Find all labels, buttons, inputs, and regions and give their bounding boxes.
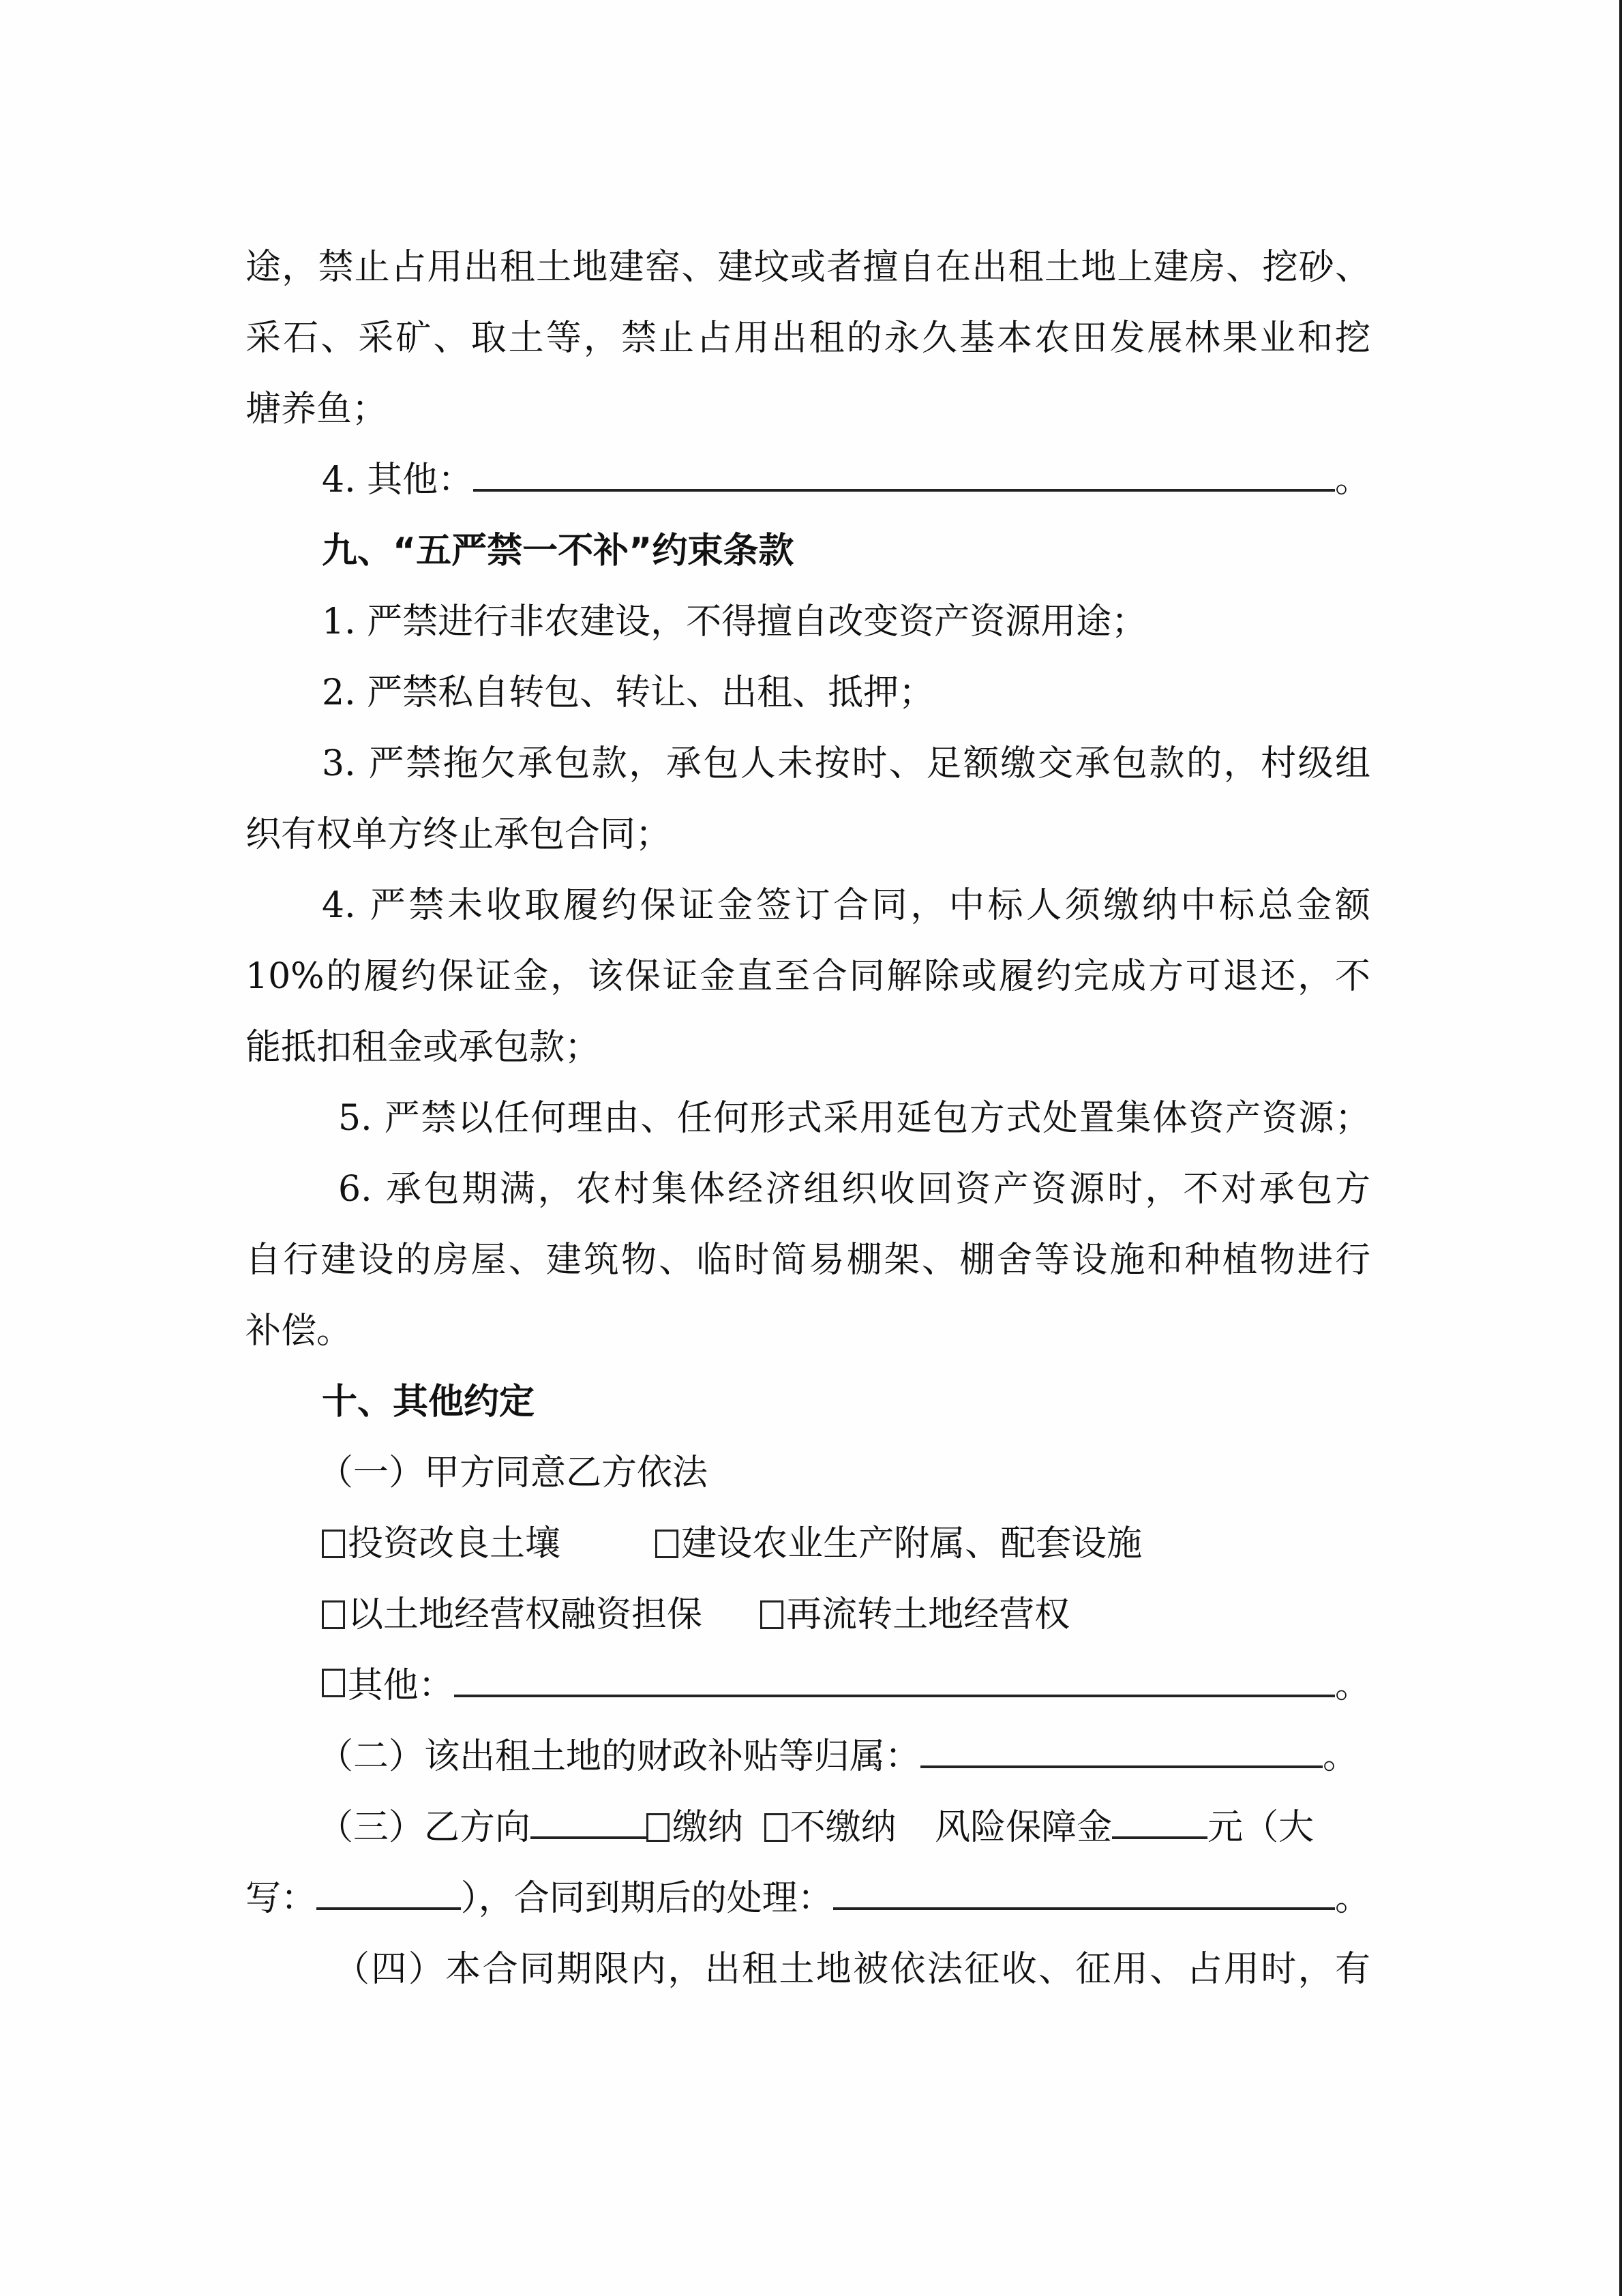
option-label: 投资改良土壤 <box>348 1523 560 1564</box>
clause-2: （二）该出租土地的财政补贴等归属： 。 <box>245 1721 1370 1792</box>
section-9-item-2: 2. 严禁私自转包、转让、出租、抵押； <box>245 657 1370 728</box>
item-4-blank-field[interactable] <box>473 462 1335 492</box>
section-9-item-6-cont: 自行建设的房屋、建筑物、临时简易棚架、棚舍等设施和种植物进行 <box>245 1225 1370 1296</box>
clause-3-line-2: 写： ），合同到期后的处理： 。 <box>245 1863 1370 1934</box>
option-label: 其他： <box>348 1650 454 1721</box>
capital-amount-blank[interactable] <box>316 1880 461 1910</box>
clause-1-options-row-1: 投资改良土壤 建设农业生产附属、配套设施 <box>245 1508 1370 1579</box>
section-9-item-1: 1. 严禁进行非农建设，不得擅自改变资产资源用途； <box>245 586 1370 657</box>
option-label: 再流转土地经营权 <box>786 1594 1070 1635</box>
clause-3-prefix: （三）乙方向 <box>318 1807 530 1848</box>
paragraph-line: 采石、采矿、取土等，禁止占用出租的永久基本农田发展林果业和挖 <box>245 303 1370 374</box>
clause-3-payee-blank[interactable] <box>530 1809 646 1839</box>
section-9-title: 九、“五严禁一不补”约束条款 <box>245 516 1370 586</box>
checkbox-build-facilities[interactable] <box>655 1530 678 1558</box>
checkbox-improve-soil[interactable] <box>322 1530 345 1558</box>
clause-1-other-row: 其他： 。 <box>245 1650 1370 1721</box>
clause-1-options-row-2: 以土地经营权融资担保 再流转土地经营权 <box>245 1579 1370 1650</box>
clause-2-blank-field[interactable] <box>920 1738 1323 1768</box>
period: 。 <box>1335 1650 1370 1721</box>
clause-4: （四）本合同期限内，出租土地被依法征收、征用、占用时，有 <box>245 1934 1370 2005</box>
paragraph-line: 塘养鱼； <box>245 374 1370 445</box>
section-9-item-3: 3. 严禁拖欠承包款，承包人未按时、足额缴交承包款的，村级组 <box>245 728 1370 799</box>
clause-1-label: （一）甲方同意乙方依法 <box>245 1437 1370 1508</box>
option-pay-label: 缴纳 <box>672 1807 743 1848</box>
expiry-handling-blank[interactable] <box>833 1880 1335 1910</box>
expiry-handling-label: ），合同到期后的处理： <box>461 1863 833 1934</box>
option-no-pay-label: 不缴纳 <box>790 1807 897 1848</box>
clause-3-line-1: （三）乙方向缴纳 不缴纳 风险保障金元（大 <box>245 1792 1370 1863</box>
section-9-item-4-cont: 能抵扣租金或承包款； <box>245 1012 1370 1083</box>
checkbox-re-transfer[interactable] <box>760 1600 783 1629</box>
section-9-item-6: 6. 承包期满，农村集体经济组织收回资产资源时，不对承包方 <box>245 1154 1370 1225</box>
document-page: 途，禁止占用出租土地建窑、建坟或者擅自在出租土地上建房、挖砂、 采石、采矿、取土… <box>0 0 1622 2296</box>
section-9-item-4: 4. 严禁未收取履约保证金签订合同，中标人须缴纳中标总金额 <box>245 870 1370 941</box>
fund-label: 风险保障金 <box>935 1807 1112 1848</box>
period: 。 <box>1323 1721 1358 1792</box>
checkbox-financing-guarantee[interactable] <box>322 1600 345 1629</box>
fund-amount-blank[interactable] <box>1112 1809 1207 1839</box>
checkbox-no-pay[interactable] <box>764 1813 787 1842</box>
section-9-item-3-cont: 织有权单方终止承包合同； <box>245 799 1370 870</box>
item-4-label: 4. 其他： <box>322 445 473 516</box>
checkbox-pay[interactable] <box>646 1813 670 1842</box>
checkbox-other[interactable] <box>322 1669 345 1697</box>
section-9-item-5: 5. 严禁以任何理由、任何形式采用延包方式处置集体资产资源； <box>245 1083 1370 1154</box>
period: 。 <box>1335 1863 1370 1934</box>
section-9-item-6-cont: 补偿。 <box>245 1296 1370 1367</box>
capital-label: 写： <box>245 1863 316 1934</box>
section-9-item-4-cont: 10%的履约保证金，该保证金直至合同解除或履约完成方可退还，不 <box>245 941 1370 1012</box>
period: 。 <box>1335 445 1370 516</box>
clause-1-other-blank-field[interactable] <box>454 1667 1335 1697</box>
item-4-other: 4. 其他： 。 <box>245 445 1370 516</box>
option-label: 建设农业生产附属、配套设施 <box>681 1523 1142 1564</box>
section-10-title: 十、其他约定 <box>245 1367 1370 1437</box>
option-label: 以土地经营权融资担保 <box>348 1594 702 1635</box>
page-edge-border <box>1619 0 1622 2296</box>
clause-2-label: （二）该出租土地的财政补贴等归属： <box>318 1721 920 1792</box>
unit-label: 元（大 <box>1207 1807 1314 1848</box>
paragraph-line: 途，禁止占用出租土地建窑、建坟或者擅自在出租土地上建房、挖砂、 <box>245 232 1370 303</box>
